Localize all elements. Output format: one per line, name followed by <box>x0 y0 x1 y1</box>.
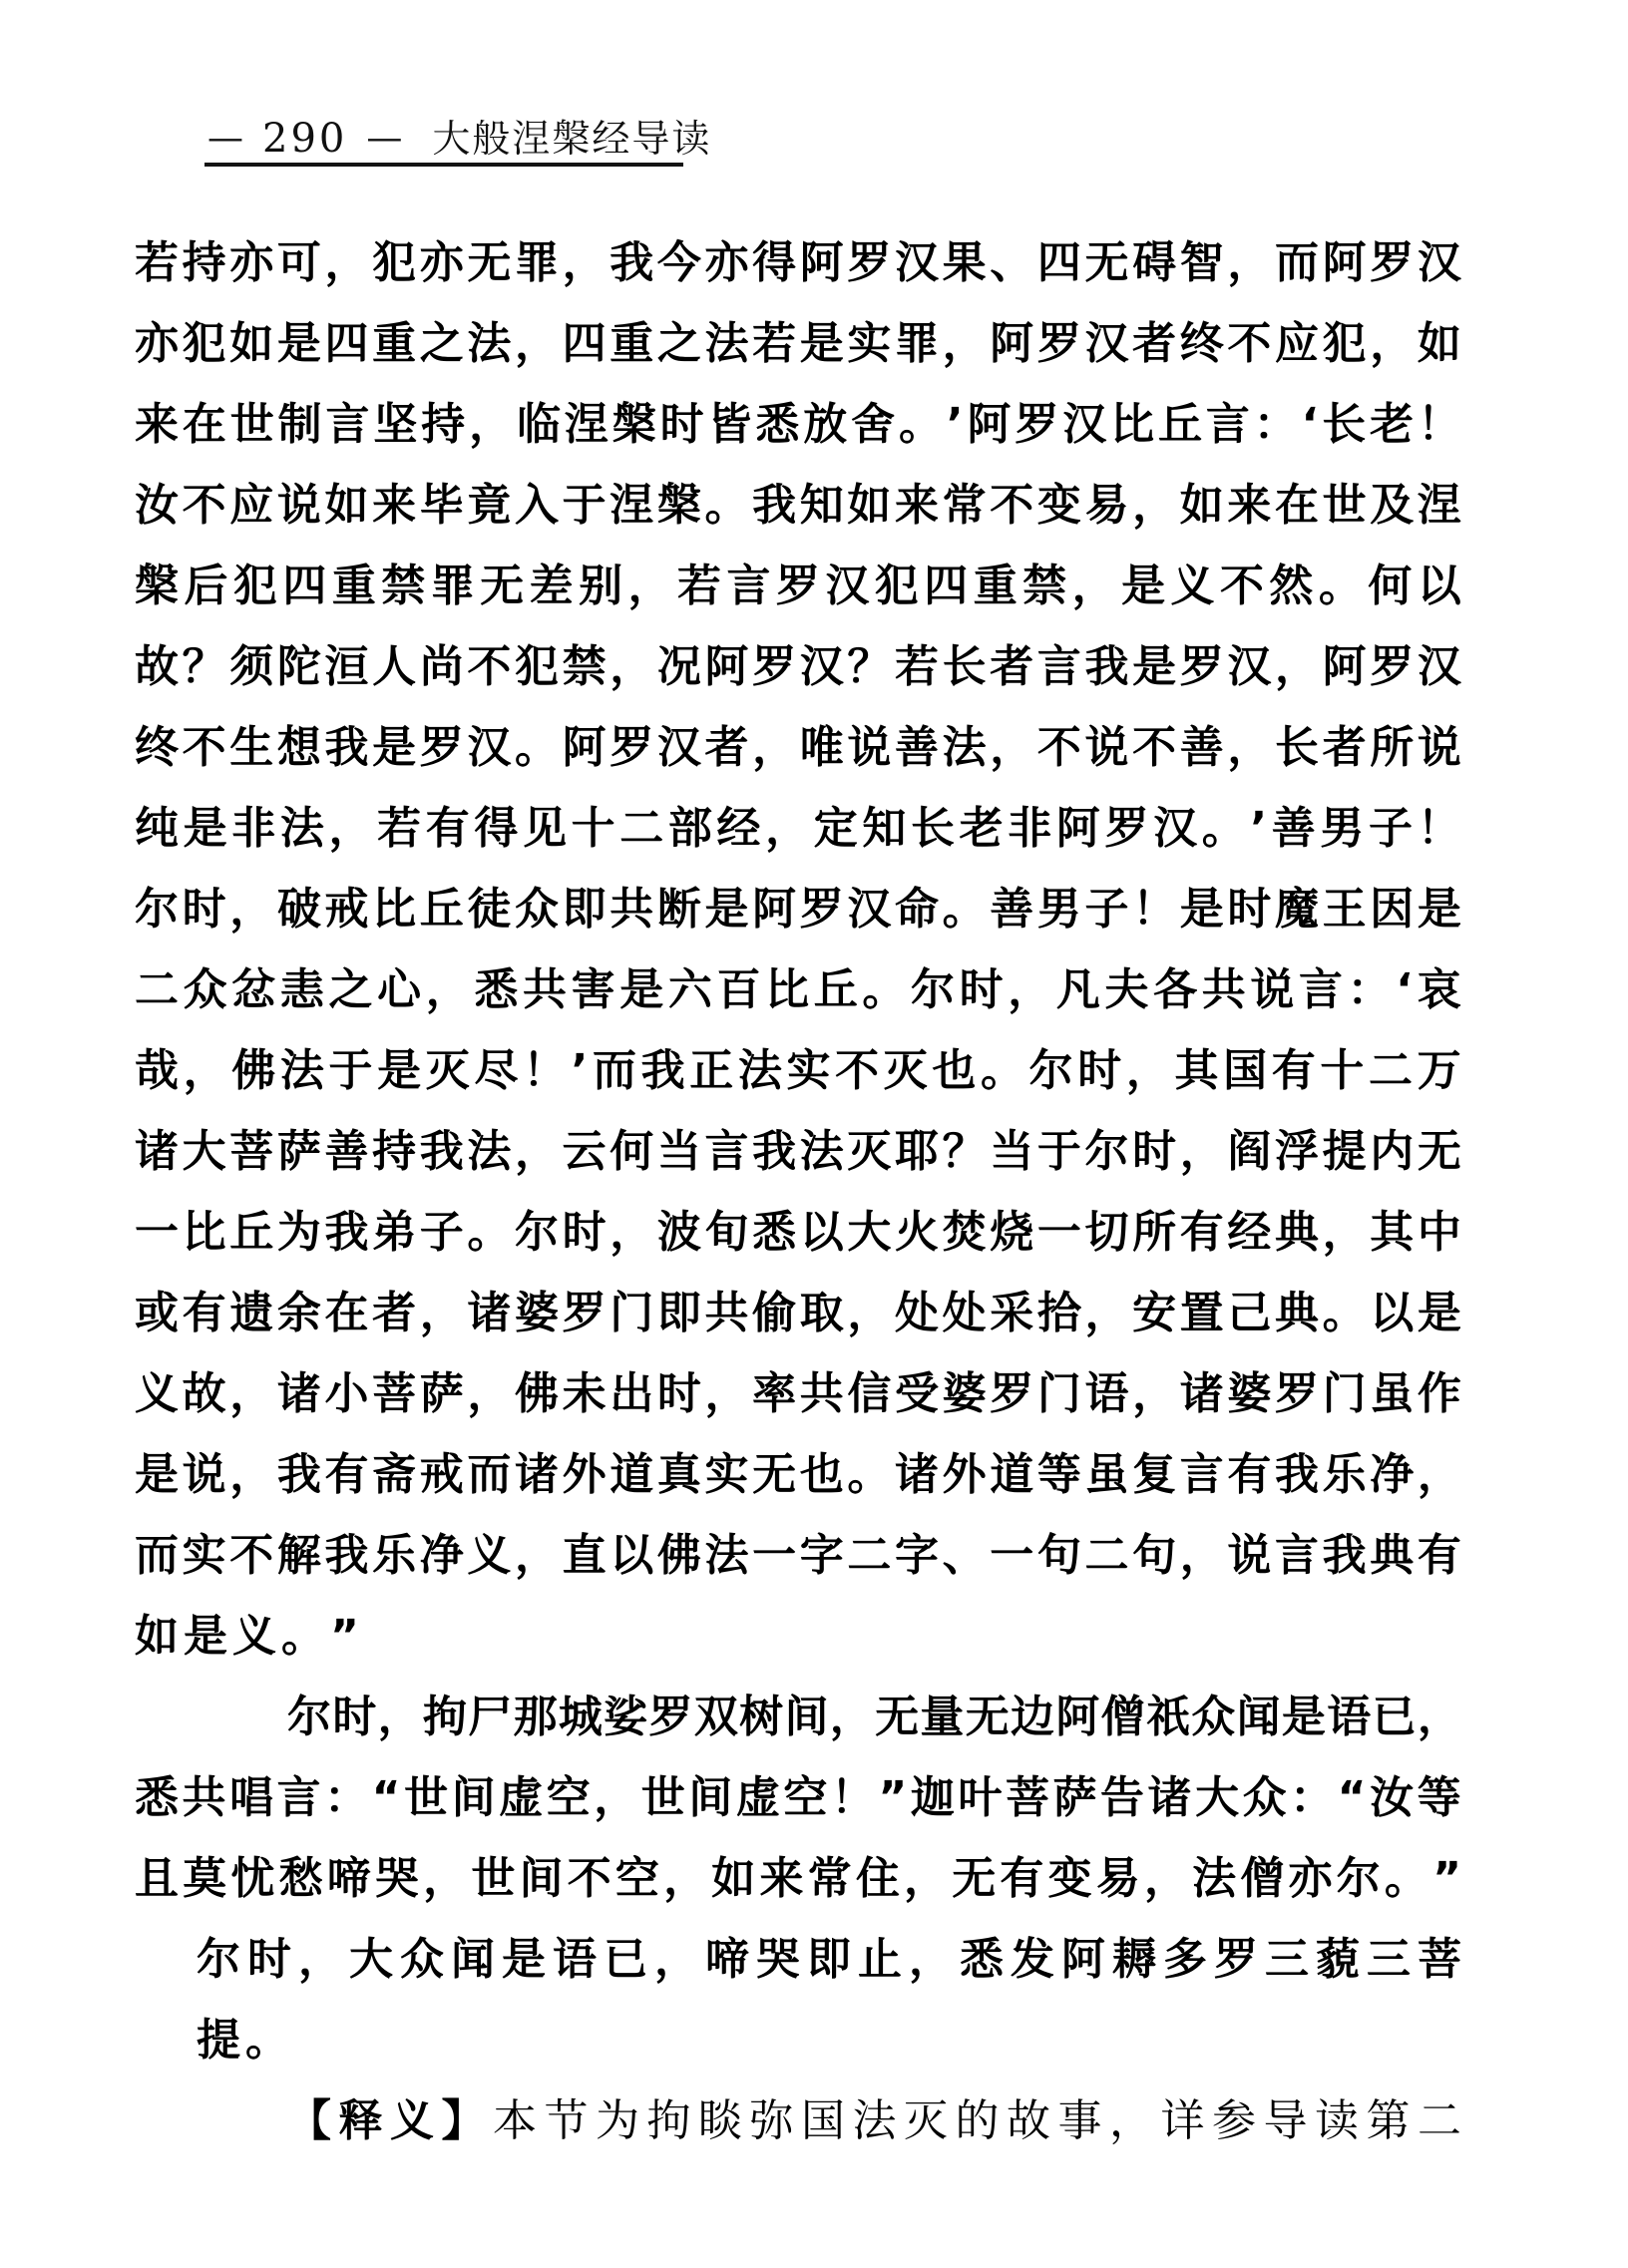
character: 变 <box>1048 1855 1092 1902</box>
character: 竟 <box>467 482 511 529</box>
character: 在 <box>183 401 226 448</box>
character: 僧 <box>1240 1855 1284 1902</box>
character: 弟 <box>372 1209 416 1256</box>
character: 道 <box>610 1451 653 1498</box>
character: 若 <box>135 239 179 286</box>
character: 子 <box>420 1209 464 1256</box>
character: 祇 <box>1146 1694 1190 1740</box>
character: 犯 <box>372 239 416 286</box>
character: 世 <box>641 1774 685 1821</box>
character: ‘ <box>1396 966 1413 1013</box>
character: 不 <box>183 724 226 771</box>
character: 我 <box>1323 1532 1367 1579</box>
character: 参 <box>1212 2097 1256 2144</box>
character: ！ <box>1418 805 1461 852</box>
character: ， <box>628 563 672 609</box>
character: 无 <box>480 563 524 609</box>
character: 罗 <box>649 1694 693 1740</box>
character: 拾 <box>1037 1290 1081 1336</box>
character: 放 <box>803 401 847 448</box>
character: 我 <box>752 482 796 529</box>
character: 二 <box>619 805 663 852</box>
character: 四 <box>325 320 369 367</box>
character: 二 <box>847 1532 891 1579</box>
character: 菩 <box>1006 1774 1049 1821</box>
character: 无 <box>467 239 511 286</box>
character: 己 <box>1227 1290 1271 1336</box>
character: ？ <box>183 643 226 690</box>
character: 实 <box>786 1047 830 1094</box>
character: ， <box>426 966 470 1013</box>
character: ： <box>1254 401 1298 448</box>
character: 不 <box>183 482 226 529</box>
character: ？ <box>943 1128 987 1175</box>
character: 导 <box>1264 2097 1308 2144</box>
character: 无 <box>1085 239 1129 286</box>
character: ， <box>469 401 513 448</box>
book-title: 大般涅槃经导读 <box>432 118 711 160</box>
character: 故 <box>1007 2097 1050 2144</box>
character: 我 <box>325 724 369 771</box>
text-line: 亦犯如是四重之法，四重之法若是实罪，阿罗汉者终不应犯，如 <box>135 320 1461 401</box>
character: 之 <box>329 966 373 1013</box>
character: ” <box>878 1774 907 1821</box>
character: 持 <box>183 239 226 286</box>
character: 如 <box>135 1613 179 1660</box>
character: 于 <box>1037 1128 1081 1175</box>
character: 应 <box>229 482 273 529</box>
character: “ <box>1338 1774 1367 1821</box>
character: 。 <box>943 886 987 933</box>
character: 我 <box>420 1128 464 1175</box>
character: 法 <box>943 724 987 771</box>
character: 言 <box>1275 1532 1319 1579</box>
character: 共 <box>610 886 653 933</box>
character: 阎 <box>1227 1128 1271 1175</box>
character: 比 <box>1110 401 1154 448</box>
character: 差 <box>530 563 574 609</box>
character: 丘 <box>229 1209 273 1256</box>
character: 烧 <box>990 1209 1033 1256</box>
character: 定 <box>814 805 858 852</box>
character: 果 <box>943 239 987 286</box>
character: 犯 <box>515 643 559 690</box>
character: 以 <box>1370 1290 1414 1336</box>
character: 应 <box>1275 320 1319 367</box>
character: 犯 <box>875 563 919 609</box>
character: 罗 <box>800 886 844 933</box>
character: 不 <box>229 1532 273 1579</box>
text-line: 【释义】本节为拘睒弥国法灭的故事，详参导读第二 <box>135 2097 1461 2178</box>
character: 后 <box>184 563 227 609</box>
character: 徒 <box>467 886 511 933</box>
character: 字 <box>895 1532 939 1579</box>
character: 中 <box>1418 1209 1461 1256</box>
character: 时 <box>1077 1047 1121 1094</box>
character: 比 <box>765 966 809 1013</box>
character: ， <box>1132 482 1176 529</box>
character: ， <box>329 805 373 852</box>
character: 毕 <box>420 482 464 529</box>
character: 处 <box>943 1290 987 1336</box>
character: 义 <box>232 1613 276 1660</box>
character: 魔 <box>1275 886 1319 933</box>
character: 重 <box>610 320 653 367</box>
character: ， <box>1323 1209 1367 1256</box>
character: 悉 <box>755 401 799 448</box>
character: 临 <box>517 401 561 448</box>
character: 时 <box>1227 886 1271 933</box>
character: ， <box>378 1694 422 1740</box>
character: 汉 <box>825 563 869 609</box>
character: 二 <box>1085 1532 1129 1579</box>
character: 句 <box>1037 1532 1081 1579</box>
character: 制 <box>278 401 322 448</box>
character: 共 <box>183 1774 226 1821</box>
character: 佛 <box>515 1370 559 1417</box>
character: 发 <box>1011 1936 1054 1983</box>
character: 。 <box>705 482 749 529</box>
character: 等 <box>1037 1451 1081 1498</box>
character: 哀 <box>1418 966 1461 1013</box>
character: 法 <box>280 805 324 852</box>
character: 那 <box>514 1694 558 1740</box>
character: 菩 <box>372 1370 416 1417</box>
text-line: 哉，佛法于是灭尽！’而我正法实不灭也。尔时，其国有十二万 <box>135 1047 1461 1128</box>
character: 以 <box>800 1209 844 1256</box>
character: 善 <box>990 886 1033 933</box>
character: 之 <box>657 320 701 367</box>
character: 典 <box>1370 1532 1414 1579</box>
character: 有 <box>1272 1047 1316 1094</box>
character: ！ <box>1418 401 1461 448</box>
character: 是 <box>1132 643 1176 690</box>
character: 婆 <box>943 1370 987 1417</box>
character: 切 <box>1085 1209 1129 1256</box>
character: ， <box>1418 1451 1461 1498</box>
character: 汉 <box>1062 401 1106 448</box>
character: 是 <box>1418 886 1461 933</box>
character: 是 <box>619 966 663 1013</box>
character: 罗 <box>1275 1370 1319 1417</box>
page-header: — 290 — 大般涅槃经导读 <box>207 118 711 160</box>
text-line: 故？须陀洹人尚不犯禁，况阿罗汉？若长者言我是罗汉，阿罗汉 <box>135 643 1461 724</box>
character: 如 <box>1418 320 1461 367</box>
character: 槃 <box>135 563 179 609</box>
character: 置 <box>1180 1290 1224 1336</box>
character: 有 <box>1418 1532 1461 1579</box>
character: ‘ <box>1302 401 1319 448</box>
character: 当 <box>990 1128 1033 1175</box>
character: 拘 <box>647 2097 691 2144</box>
character: 提 <box>197 2017 240 2064</box>
character: 尔 <box>1337 1855 1381 1902</box>
character: 终 <box>1180 320 1224 367</box>
character: 悉 <box>752 1209 796 1256</box>
character: 大 <box>349 1936 393 1983</box>
character: 言 <box>1206 401 1250 448</box>
character: 所 <box>1370 724 1414 771</box>
character: 是 <box>1180 886 1224 933</box>
character: 无 <box>1418 1128 1461 1175</box>
character: 云 <box>563 1128 607 1175</box>
character: 哉 <box>135 1047 179 1094</box>
character: 命 <box>895 886 939 933</box>
character: 若 <box>752 320 796 367</box>
character: 空 <box>547 1774 591 1821</box>
character: 舍 <box>851 401 895 448</box>
character: ， <box>298 1936 342 1983</box>
character: 入 <box>515 482 559 529</box>
character: 乐 <box>372 1532 416 1579</box>
character: 萨 <box>277 1128 321 1175</box>
character: 复 <box>1132 1451 1176 1498</box>
text-line: 若持亦可，犯亦无罪，我今亦得阿罗汉果、四无碍智，而阿罗汉 <box>135 239 1461 320</box>
character: 得 <box>474 805 518 852</box>
character: ， <box>1132 1370 1176 1417</box>
character: 节 <box>545 2097 589 2144</box>
character: 重 <box>372 320 416 367</box>
character: 愁 <box>279 1855 323 1902</box>
text-line: 而实不解我乐净义，直以佛法一字二字、一句二句，说言我典有 <box>135 1532 1461 1613</box>
character: 长 <box>911 805 955 852</box>
character: 陀 <box>277 643 321 690</box>
character: 汉 <box>657 724 701 771</box>
character: 为 <box>277 1209 321 1256</box>
character: ， <box>423 1855 467 1902</box>
character: 生 <box>229 724 273 771</box>
character: 空 <box>615 1855 659 1902</box>
character: 何 <box>610 1128 653 1175</box>
character: 是 <box>277 320 321 367</box>
character: 诸 <box>895 1451 939 1498</box>
character: 害 <box>572 966 615 1013</box>
character: 亦 <box>420 239 464 286</box>
character: ， <box>515 320 559 367</box>
character: 法 <box>800 1128 844 1175</box>
character: 睒 <box>698 2097 742 2144</box>
character: ， <box>1085 1290 1129 1336</box>
character: 耨 <box>1112 1936 1156 1983</box>
character: 共 <box>523 966 567 1013</box>
character: 是 <box>1418 1290 1461 1336</box>
character: 叶 <box>958 1774 1002 1821</box>
character: 长 <box>943 643 987 690</box>
character: 说 <box>1250 966 1294 1013</box>
character: 十 <box>572 805 615 852</box>
character: 在 <box>325 1290 369 1336</box>
character: 尽 <box>474 1047 518 1094</box>
character: 诸 <box>515 1451 559 1498</box>
character: 时 <box>183 886 226 933</box>
character: 戒 <box>420 1451 464 1498</box>
character: 不 <box>1220 563 1264 609</box>
character: 涅 <box>610 482 653 529</box>
character: ， <box>705 1370 749 1417</box>
character: 波 <box>657 1209 701 1256</box>
character: 时 <box>960 966 1004 1013</box>
character: 况 <box>657 643 701 690</box>
text-line: 或有遗余在者，诸婆罗门即共偷取，处处采拾，安置己典。以是 <box>135 1290 1461 1370</box>
character: 间 <box>452 1774 496 1821</box>
character: 虚 <box>499 1774 543 1821</box>
character: 时 <box>332 1694 376 1740</box>
character: 见 <box>523 805 567 852</box>
character: 无 <box>752 1451 796 1498</box>
character: 知 <box>800 482 844 529</box>
text-line: 如是义。” <box>135 1613 1461 1694</box>
character: 亦 <box>705 239 749 286</box>
character: ， <box>1180 1532 1224 1579</box>
character: 王 <box>1323 886 1367 933</box>
character: 间 <box>784 1694 828 1740</box>
character: 丘 <box>420 886 464 933</box>
character: 不 <box>467 643 511 690</box>
character: 言 <box>1037 643 1081 690</box>
character: ， <box>904 1855 948 1902</box>
character: 汉 <box>1153 805 1197 852</box>
character: 来 <box>372 482 416 529</box>
character: 法 <box>738 1047 782 1094</box>
character: 说 <box>183 1451 226 1498</box>
character: 无 <box>952 1855 996 1902</box>
character: 善 <box>1272 805 1316 852</box>
character: 重 <box>332 563 376 609</box>
character: 字 <box>800 1532 844 1579</box>
character: 凡 <box>1056 966 1100 1013</box>
character: ， <box>663 1855 707 1902</box>
character: 阿 <box>990 320 1033 367</box>
character: 乐 <box>1323 1451 1367 1498</box>
character: 言 <box>1180 1451 1224 1498</box>
character: 说 <box>1227 1532 1271 1579</box>
character: 一 <box>135 1209 179 1256</box>
character: 遗 <box>229 1290 273 1336</box>
character: 善 <box>1180 724 1224 771</box>
character: 语 <box>1327 1694 1371 1740</box>
character: 安 <box>1132 1290 1176 1336</box>
character: 僧 <box>1101 1694 1145 1740</box>
character: 作 <box>1418 1370 1461 1417</box>
character: 亦 <box>229 239 273 286</box>
character: 法 <box>467 320 511 367</box>
character: ， <box>563 239 607 286</box>
character: 啼 <box>705 1936 749 1983</box>
character: 想 <box>277 724 321 771</box>
character: 而 <box>135 1532 179 1579</box>
character: 法 <box>853 2097 897 2144</box>
character: 尔 <box>911 966 955 1013</box>
character: 断 <box>657 886 701 933</box>
character: 藐 <box>1316 1936 1360 1983</box>
character: ！ <box>831 1774 875 1821</box>
character: 重 <box>974 563 1017 609</box>
character: 罗 <box>1180 643 1224 690</box>
character: 焚 <box>943 1209 987 1256</box>
character: 经 <box>1227 1209 1271 1256</box>
character: ， <box>1227 724 1271 771</box>
character: 直 <box>563 1532 607 1579</box>
character: 汝 <box>1370 1774 1414 1821</box>
character: 罗 <box>776 563 820 609</box>
character: 偷 <box>752 1290 796 1336</box>
character: 树 <box>739 1694 783 1740</box>
character: 以 <box>610 1532 653 1579</box>
character: ， <box>752 724 796 771</box>
character: 。 <box>1202 805 1246 852</box>
character: 已 <box>604 1936 647 1983</box>
character: 我 <box>325 1532 369 1579</box>
character: 所 <box>1132 1209 1176 1256</box>
character: ， <box>830 1694 874 1740</box>
character: 第 <box>1367 2097 1411 2144</box>
character: 比 <box>372 886 416 933</box>
character: 婆 <box>515 1290 559 1336</box>
character: 我 <box>1085 643 1129 690</box>
character: 我 <box>325 1209 369 1256</box>
text-line: 是说，我有斋戒而诸外道真实无也。诸外道等虽复言有我乐净， <box>135 1451 1461 1532</box>
text-line: 悉共唱言：“世间虚空，世间虚空！”迦叶菩萨告诸大众：“汝等 <box>135 1774 1461 1855</box>
character: 耶 <box>895 1128 939 1175</box>
character: 。 <box>281 1613 325 1660</box>
character: 禁 <box>563 643 607 690</box>
text-line: 二众忿恚之心，悉共害是六百比丘。尔时，凡夫各共说言：‘哀 <box>135 966 1461 1047</box>
character: 佛 <box>231 1047 275 1094</box>
character: ， <box>943 320 987 367</box>
character: 我 <box>752 1128 796 1175</box>
character: 四 <box>1037 239 1081 286</box>
character: 旬 <box>705 1209 749 1256</box>
character: 汉 <box>1418 643 1461 690</box>
character: ， <box>515 1128 559 1175</box>
character: 汉 <box>895 239 939 286</box>
character: ， <box>467 1370 511 1417</box>
character: 世 <box>1323 482 1367 529</box>
character: 是 <box>377 1047 421 1094</box>
character: 义 <box>390 2097 434 2144</box>
character: 言 <box>1299 966 1343 1013</box>
character: ！ <box>1132 886 1176 933</box>
character: 实 <box>705 1451 749 1498</box>
character: 详 <box>1161 2097 1205 2144</box>
character: 碍 <box>1132 239 1176 286</box>
character: 灭 <box>847 1128 891 1175</box>
character: 】 <box>442 2097 486 2144</box>
character: ， <box>610 1209 653 1256</box>
character: 实 <box>847 320 891 367</box>
character: 阿 <box>1323 643 1367 690</box>
character: 人 <box>372 643 416 690</box>
character: 汝 <box>135 482 179 529</box>
text-line: 且莫忧愁啼哭，世间不空，如来常住，无有变易，法僧亦尔。” <box>135 1855 1461 1936</box>
character: ” <box>330 1613 359 1660</box>
character: 忧 <box>230 1855 274 1902</box>
character: 忿 <box>231 966 275 1013</box>
character: 老 <box>960 805 1004 852</box>
character: 尔 <box>287 1694 331 1740</box>
character: 莫 <box>183 1855 226 1902</box>
character: 义 <box>1171 563 1215 609</box>
character: 言 <box>705 1128 749 1175</box>
character: 义 <box>135 1370 179 1417</box>
character: ， <box>229 886 273 933</box>
character: 如 <box>711 1855 755 1902</box>
character: 是 <box>184 805 227 852</box>
character: ， <box>229 1451 273 1498</box>
character: 诸 <box>1180 1370 1224 1417</box>
character: 取 <box>800 1290 844 1336</box>
character: 悉 <box>960 1936 1004 1983</box>
